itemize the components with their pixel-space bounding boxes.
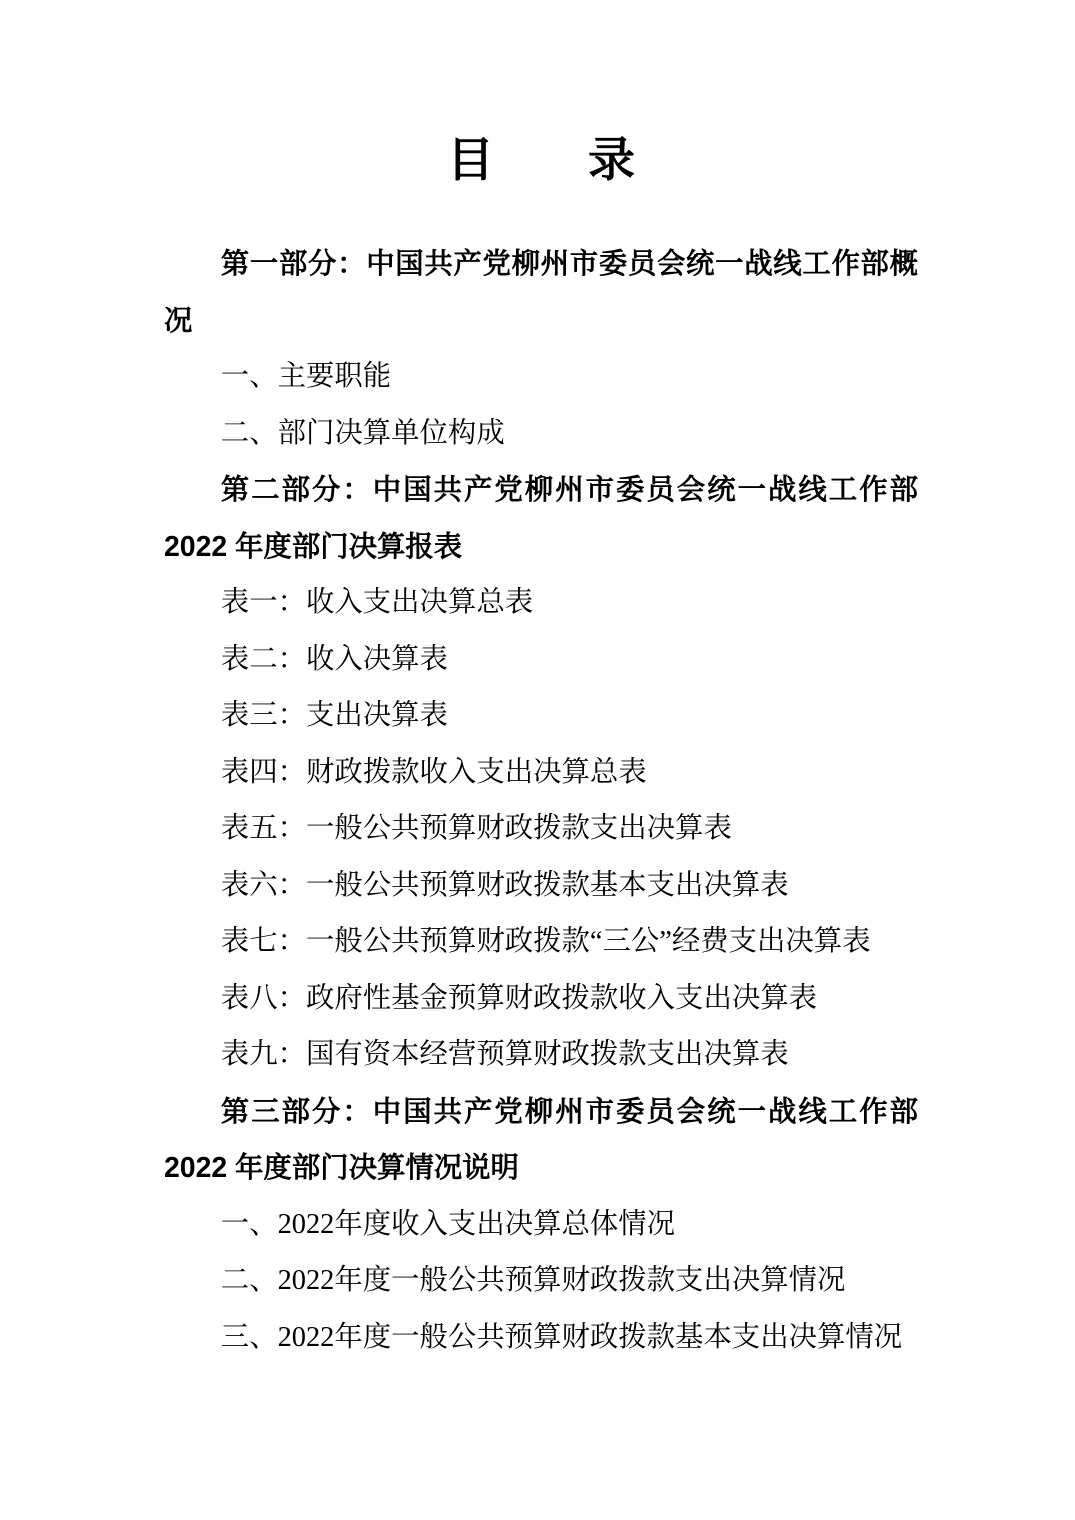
toc-part-3-heading: 第三部分：中国共产党柳州市委员会统一战线工作部 2022 年度部门决算情况说明 [164, 1084, 918, 1197]
toc-item-note-3: 三、2022年度一般公共预算财政拨款基本支出决算情况 [164, 1310, 918, 1367]
toc-item-table-8: 表八：政府性基金预算财政拨款收入支出决算表 [164, 971, 918, 1028]
toc-item-table-1: 表一：收入支出决算总表 [164, 575, 918, 632]
toc-item-table-2: 表二：收入决算表 [164, 632, 918, 689]
document-page: 目 录 第一部分：中国共产党柳州市委员会统一战线工作部概况 一、主要职能 二、部… [0, 0, 1075, 1520]
toc-list: 第一部分：中国共产党柳州市委员会统一战线工作部概况 一、主要职能 二、部门决算单… [164, 236, 918, 1366]
toc-part-2-heading: 第二部分：中国共产党柳州市委员会统一战线工作部 2022 年度部门决算报表 [164, 462, 918, 575]
toc-part-1-heading: 第一部分：中国共产党柳州市委员会统一战线工作部概况 [164, 236, 918, 349]
toc-item-unit-composition: 二、部门决算单位构成 [164, 406, 918, 463]
toc-item-table-3: 表三：支出决算表 [164, 688, 918, 745]
toc-item-note-2: 二、2022年度一般公共预算财政拨款支出决算情况 [164, 1253, 918, 1310]
toc-item-note-1: 一、2022年度收入支出决算总体情况 [164, 1197, 918, 1254]
toc-item-table-4: 表四：财政拨款收入支出决算总表 [164, 745, 918, 802]
toc-item-main-functions: 一、主要职能 [164, 349, 918, 406]
toc-item-table-7: 表七：一般公共预算财政拨款“三公”经费支出决算表 [164, 914, 918, 971]
toc-item-table-9: 表九：国有资本经营预算财政拨款支出决算表 [164, 1027, 918, 1084]
document-title: 目 录 [164, 134, 918, 186]
toc-item-table-5: 表五：一般公共预算财政拨款支出决算表 [164, 801, 918, 858]
toc-item-table-6: 表六：一般公共预算财政拨款基本支出决算表 [164, 858, 918, 915]
